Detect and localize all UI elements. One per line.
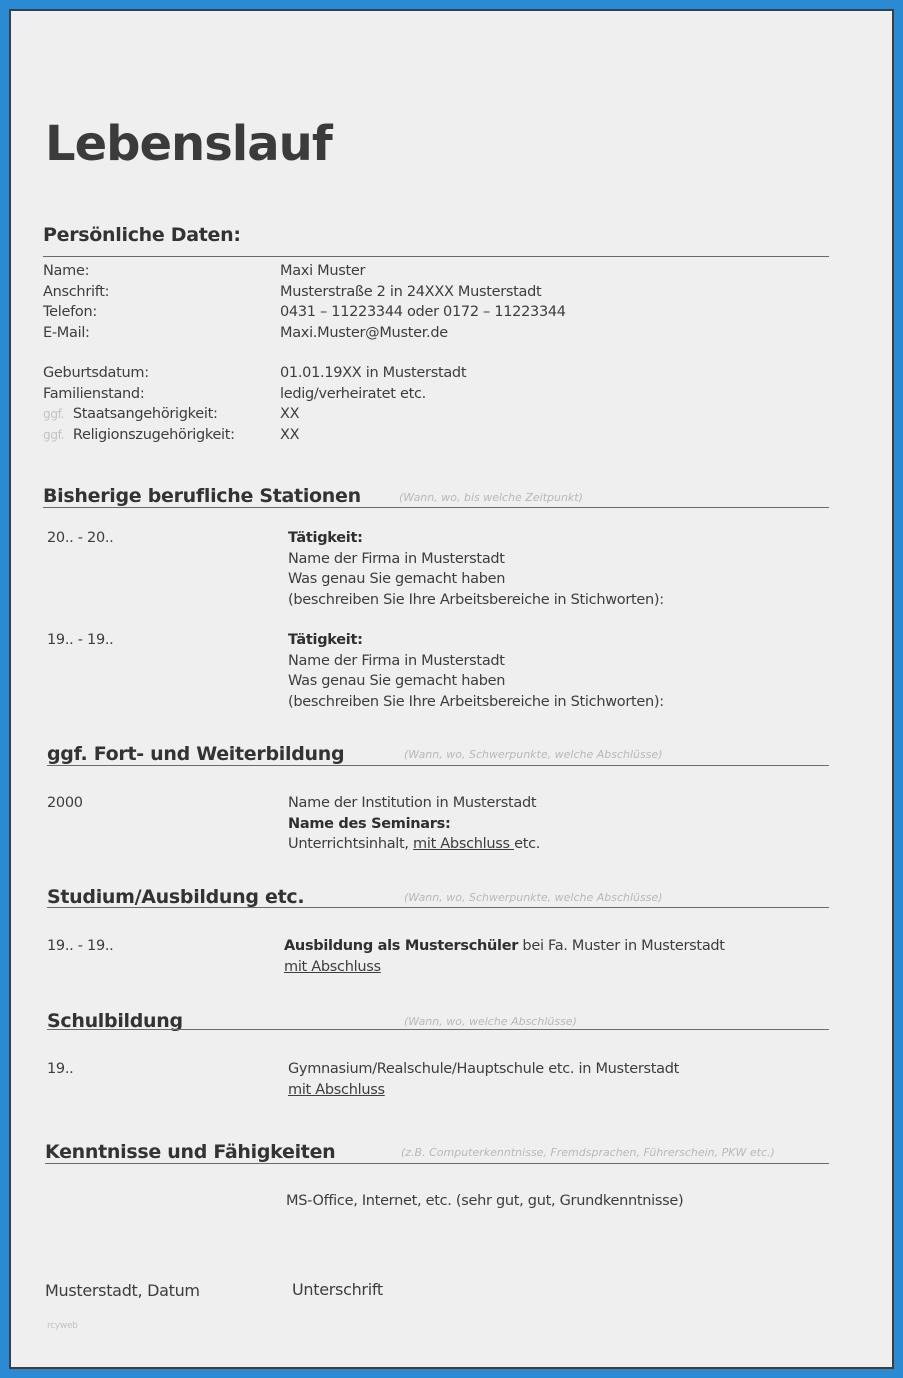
section-rule bbox=[43, 507, 829, 508]
label-nationality: ggf. Staatsangehörigkeit: bbox=[43, 404, 235, 425]
school-period: 19.. bbox=[47, 1059, 73, 1080]
section-rule bbox=[43, 256, 829, 257]
value-marital-status: ledig/verheiratet etc. bbox=[280, 384, 466, 405]
document-frame: Lebenslauf Persönliche Daten: Name: Ansc… bbox=[9, 9, 894, 1369]
section-hint-career: (Wann, wo, bis welche Zeitpunkt) bbox=[399, 491, 583, 504]
personal-values-2: 01.01.19XX in Musterstadt ledig/verheira… bbox=[280, 363, 466, 445]
value-birthdate: 01.01.19XX in Musterstadt bbox=[280, 363, 466, 384]
studies-degree: mit Abschluss bbox=[284, 957, 725, 978]
section-heading-studies: Studium/Ausbildung etc. bbox=[47, 886, 304, 908]
career-entry-2: Tätigkeit: Name der Firma in Musterstadt… bbox=[288, 630, 664, 712]
career-description-hint: (beschreiben Sie Ihre Arbeitsbereiche in… bbox=[288, 590, 664, 611]
cv-page: Lebenslauf Persönliche Daten: Name: Ansc… bbox=[11, 11, 892, 1367]
training-content: Unterrichtsinhalt, mit Abschluss etc. bbox=[288, 834, 540, 855]
section-hint-school: (Wann, wo, welche Abschlüsse) bbox=[404, 1015, 577, 1028]
section-hint-studies: (Wann, wo, Schwerpunkte, welche Abschlüs… bbox=[404, 891, 663, 904]
career-period-1: 20.. - 20.. bbox=[47, 528, 114, 549]
label-name: Name: bbox=[43, 261, 109, 282]
school-entry: Gymnasium/Realschule/Hauptschule etc. in… bbox=[288, 1059, 679, 1100]
career-company: Name der Firma in Musterstadt bbox=[288, 549, 664, 570]
watermark-note: rcyweb bbox=[47, 1316, 78, 1337]
training-seminar: Name des Seminars: bbox=[288, 814, 540, 835]
studies-entry: Ausbildung als Musterschüler bei Fa. Mus… bbox=[284, 936, 725, 977]
career-description: Was genau Sie gemacht haben bbox=[288, 569, 664, 590]
label-marital-status: Familienstand: bbox=[43, 384, 235, 405]
training-period: 2000 bbox=[47, 793, 83, 814]
place-date: Musterstadt, Datum bbox=[45, 1281, 200, 1302]
skills-text: MS-Office, Internet, etc. (sehr gut, gut… bbox=[286, 1191, 683, 1212]
school-name: Gymnasium/Realschule/Hauptschule etc. in… bbox=[288, 1059, 679, 1080]
section-rule bbox=[47, 765, 829, 766]
section-heading-personal: Persönliche Daten: bbox=[43, 224, 241, 246]
value-name: Maxi Muster bbox=[280, 261, 566, 282]
section-hint-skills: (z.B. Computerkenntnisse, Fremdsprachen,… bbox=[401, 1146, 775, 1159]
label-religion: ggf. Religionszugehörigkeit: bbox=[43, 425, 235, 446]
section-rule bbox=[45, 1163, 829, 1164]
value-email: Maxi.Muster@Muster.de bbox=[280, 323, 566, 344]
studies-period: 19.. - 19.. bbox=[47, 936, 114, 957]
signature-label: Unterschrift bbox=[292, 1280, 383, 1301]
career-role-label: Tätigkeit: bbox=[288, 630, 664, 651]
training-entry: Name der Institution in Musterstadt Name… bbox=[288, 793, 540, 855]
section-heading-skills: Kenntnisse und Fähigkeiten bbox=[45, 1141, 335, 1163]
school-degree: mit Abschluss bbox=[288, 1080, 679, 1101]
section-rule bbox=[47, 1029, 829, 1030]
career-company: Name der Firma in Musterstadt bbox=[288, 651, 664, 672]
career-description-hint: (beschreiben Sie Ihre Arbeitsbereiche in… bbox=[288, 692, 664, 713]
section-rule bbox=[47, 907, 829, 908]
section-heading-training: ggf. Fort- und Weiterbildung bbox=[47, 743, 344, 765]
career-description: Was genau Sie gemacht haben bbox=[288, 671, 664, 692]
label-email: E-Mail: bbox=[43, 323, 109, 344]
training-institution: Name der Institution in Musterstadt bbox=[288, 793, 540, 814]
value-address: Musterstraße 2 in 24XXX Musterstadt bbox=[280, 282, 566, 303]
label-birthdate: Geburtsdatum: bbox=[43, 363, 235, 384]
career-period-2: 19.. - 19.. bbox=[47, 630, 114, 651]
personal-labels: Name: Anschrift: Telefon: E-Mail: bbox=[43, 261, 109, 343]
label-phone: Telefon: bbox=[43, 302, 109, 323]
personal-values: Maxi Muster Musterstraße 2 in 24XXX Must… bbox=[280, 261, 566, 343]
career-role-label: Tätigkeit: bbox=[288, 528, 664, 549]
section-hint-training: (Wann, wo, Schwerpunkte, welche Abschlüs… bbox=[404, 748, 663, 761]
personal-labels-2: Geburtsdatum: Familienstand: ggf. Staats… bbox=[43, 363, 235, 445]
document-title: Lebenslauf bbox=[45, 116, 332, 172]
label-address: Anschrift: bbox=[43, 282, 109, 303]
value-religion: XX bbox=[280, 425, 466, 446]
section-heading-career: Bisherige berufliche Stationen bbox=[43, 485, 361, 507]
value-nationality: XX bbox=[280, 404, 466, 425]
career-entry-1: Tätigkeit: Name der Firma in Musterstadt… bbox=[288, 528, 664, 610]
value-phone: 0431 – 11223344 oder 0172 – 11223344 bbox=[280, 302, 566, 323]
studies-title: Ausbildung als Musterschüler bei Fa. Mus… bbox=[284, 936, 725, 957]
